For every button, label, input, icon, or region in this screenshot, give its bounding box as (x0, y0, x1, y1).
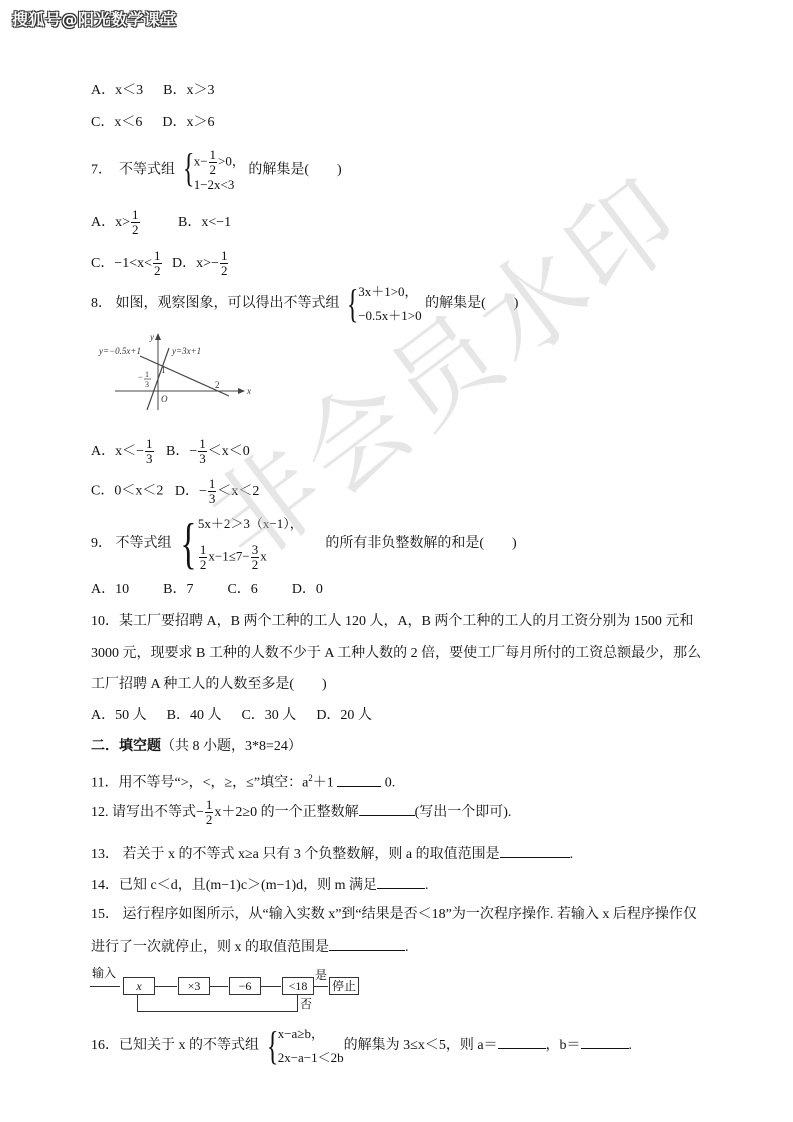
q8-options-row1: A．x＜−13 B．−13＜x＜0 (91, 437, 250, 466)
q16-answer-blank-b[interactable] (581, 1034, 629, 1049)
flow-input-label: 输入 (92, 964, 116, 981)
fraction: 12 (153, 249, 162, 278)
q10-option-a: A．50 人 (91, 708, 147, 723)
question-16: 16．已知关于 x 的不等式组 { x−a≥b， 2x−a−1＜2b 的解集为 … (91, 1026, 632, 1066)
q10-line2: 3000 元，现要求 B 工种的人数不少于 A 工种人数的 2 倍，要使工厂每月… (91, 644, 701, 664)
fraction: 32 (251, 543, 260, 572)
q10-line3: 工厂招聘 A 种工人的人数至多是( ) (91, 675, 327, 695)
q15-line1: 15． 运行程序如图所示，从“输入实数 x”到“结果是否＜18”为一次程序操作.… (91, 905, 697, 925)
tick-minus: − (138, 372, 143, 382)
q8-sys-row1: 3x＋1>0， (358, 284, 421, 300)
q10-options: A．50 人B．40 人C．30 人D．20 人 (91, 706, 372, 726)
q9-sys-row2: 12x−1≤7−32x (198, 543, 318, 572)
tick-third-num: 1 (145, 370, 149, 379)
q7-options-row2: C．−1<x<12 D．x>−12 (91, 249, 229, 278)
q9-options: A．10B．7C．6D．0 (91, 580, 323, 600)
q8-number: 8． (91, 296, 112, 311)
left-brace-icon: { (180, 516, 196, 572)
q9-stem-post: 的所有非负整数解的和是( ) (325, 536, 516, 551)
section-2-title: 二．填空题（共 8 小题，3*8=24） (91, 737, 302, 757)
q7-stem-post: 的解集是( ) (248, 163, 341, 178)
left-brace-icon: { (347, 284, 359, 324)
q8-stem: 如图，观察图象，可以得出不等式组 (116, 296, 340, 311)
q7-sys-row2: 1−2x<3 (194, 177, 245, 193)
fraction: 12 (209, 148, 218, 177)
x-axis-label: x (246, 386, 251, 396)
q15-answer-blank[interactable] (329, 936, 405, 951)
tick-2: 2 (215, 380, 220, 390)
left-brace-icon: { (266, 1026, 278, 1066)
q6-option-a: A．x＜3 (91, 81, 143, 101)
q8-option-d: D．−13＜x＜2 (175, 484, 260, 499)
fraction: 12 (205, 798, 214, 827)
q7-option-a: A．x>12 (91, 215, 141, 230)
q8-option-c: C．0＜x＜2 (91, 484, 163, 499)
q6-option-d: D．x＞6 (162, 113, 214, 133)
q7-option-d: D．x>−12 (172, 256, 229, 271)
q7-option-c: C．−1<x<12 (91, 256, 163, 271)
q9-stem: 不等式组 (116, 536, 172, 551)
q10-line1: 10．某工厂要招聘 A，B 两个工种的工人 120 人，A，B 两个工种的工人的… (91, 612, 693, 632)
q9-option-a: A．10 (91, 582, 129, 597)
q9-number: 9． (91, 536, 112, 551)
flow-no-label: 否 (300, 995, 312, 1012)
q8-option-b: B．−13＜x＜0 (166, 444, 250, 459)
q8-linear-graph: y=−0.5x+1 y=3x+1 y x O 1 2 − 1 3 (95, 330, 255, 410)
question-14: 14．已知 c＜d，且(m−1)c＞(m−1)d，则 m 满足. (91, 874, 429, 896)
q11-answer-blank[interactable] (337, 772, 381, 787)
flow-box-minus6: −6 (229, 977, 261, 995)
question-8: 8． 如图，观察图象，可以得出不等式组 { 3x＋1>0， −0.5x＋1>0 … (91, 284, 518, 324)
question-7: 7． 不等式组 { x−12>0， 1−2x<3 的解集是( ) (91, 148, 342, 193)
fraction: 13 (145, 437, 154, 466)
x-axis-arrow-icon (238, 388, 245, 394)
q16-sys-row1: x−a≥b， (278, 1026, 344, 1042)
question-12: 12. 请写出不等式−12x＋2≥0 的一个正整数解(写出一个即可). (91, 798, 511, 828)
fraction: 13 (198, 437, 207, 466)
q8-option-a: A．x＜−13 (91, 444, 155, 459)
section-title: 填空题 (119, 739, 161, 754)
tick-1: 1 (161, 365, 166, 375)
flow-box-lt18: <18 (282, 977, 314, 995)
q7-number: 7． (91, 163, 112, 178)
y-axis-label: y (149, 332, 154, 342)
q8-stem-post: 的解集是( ) (425, 296, 518, 311)
q8-system: { 3x＋1>0， −0.5x＋1>0 (343, 284, 422, 324)
q16-answer-blank-a[interactable] (498, 1034, 546, 1049)
fraction: 13 (208, 477, 217, 506)
q7-system: { x−12>0， 1−2x<3 (179, 148, 245, 193)
question-9: 9． 不等式组 { 5x＋2＞3（x−1）， 12x−1≤7−32x 的所有非负… (91, 513, 517, 575)
q7-sys-rel: >0， (218, 153, 245, 168)
q9-option-d: D．0 (292, 582, 323, 597)
fraction: 12 (220, 249, 229, 278)
line-y-neg-half-x-plus-1 (140, 356, 229, 396)
left-brace-icon: { (182, 148, 194, 193)
q16-system: { x−a≥b， 2x−a−1＜2b (263, 1026, 344, 1066)
q8-sys-row2: −0.5x＋1>0 (358, 308, 421, 324)
question-11: 11．用不等号“>，<，≥，≤”填空：a2＋1 0. (91, 768, 395, 794)
q9-system: { 5x＋2＞3（x−1）， 12x−1≤7−32x (175, 516, 318, 572)
q13-answer-blank[interactable] (500, 843, 570, 858)
q16-sys-row2: 2x−a−1＜2b (278, 1050, 344, 1066)
q12-answer-blank[interactable] (359, 801, 415, 816)
line1-label: y=−0.5x+1 (98, 346, 141, 356)
q15-line2: 进行了一次就停止，则 x 的取值范围是. (91, 936, 409, 958)
q7-option-b: B．x<−1 (178, 215, 231, 230)
flow-box-x: x (123, 977, 155, 995)
section-number: 二． (91, 739, 119, 754)
flow-box-times3: ×3 (178, 977, 210, 995)
flow-box-stop: 停止 (329, 977, 359, 995)
section-note: （共 8 小题，3*8=24） (161, 739, 302, 754)
q7-stem: 不等式组 (119, 163, 175, 178)
question-13: 13． 若关于 x 的不等式 x≥a 只有 3 个负整数解，则 a 的取值范围是… (91, 843, 573, 865)
q8-options-row2: C．0＜x＜2 D．−13＜x＜2 (91, 477, 259, 506)
tick-third-den: 3 (145, 380, 149, 389)
q9-option-c: C．6 (227, 582, 257, 597)
q6-option-b: B．x＞3 (163, 81, 214, 101)
q9-sys-row1: 5x＋2＞3（x−1）， (198, 516, 318, 532)
q6-option-c: C．x＜6 (91, 113, 142, 133)
q14-answer-blank[interactable] (377, 874, 425, 889)
fraction: 12 (131, 208, 140, 237)
source-watermark-header: 搜狐号@阳光数学课堂 (12, 7, 177, 30)
fraction: 12 (199, 543, 208, 572)
q7-options-row1: A．x>12 B．x<−1 (91, 208, 231, 237)
line2-label: y=3x+1 (171, 346, 201, 356)
q10-option-b: B．40 人 (167, 708, 222, 723)
q9-option-b: B．7 (163, 582, 193, 597)
q10-option-c: C．30 人 (241, 708, 296, 723)
origin-label: O (161, 394, 168, 404)
q15-flowchart: 输入 x ×3 −6 <18 是 停止 否 (90, 964, 370, 1014)
q6-options-row2: C．x＜6D．x＞6 (91, 113, 214, 133)
q6-options-row1: A．x＜3B．x＞3 (91, 81, 214, 101)
q7-sys-term: x− (194, 153, 208, 168)
y-axis-arrow-icon (155, 333, 161, 340)
q10-option-d: D．20 人 (316, 708, 372, 723)
flow-yes-label: 是 (315, 966, 327, 983)
